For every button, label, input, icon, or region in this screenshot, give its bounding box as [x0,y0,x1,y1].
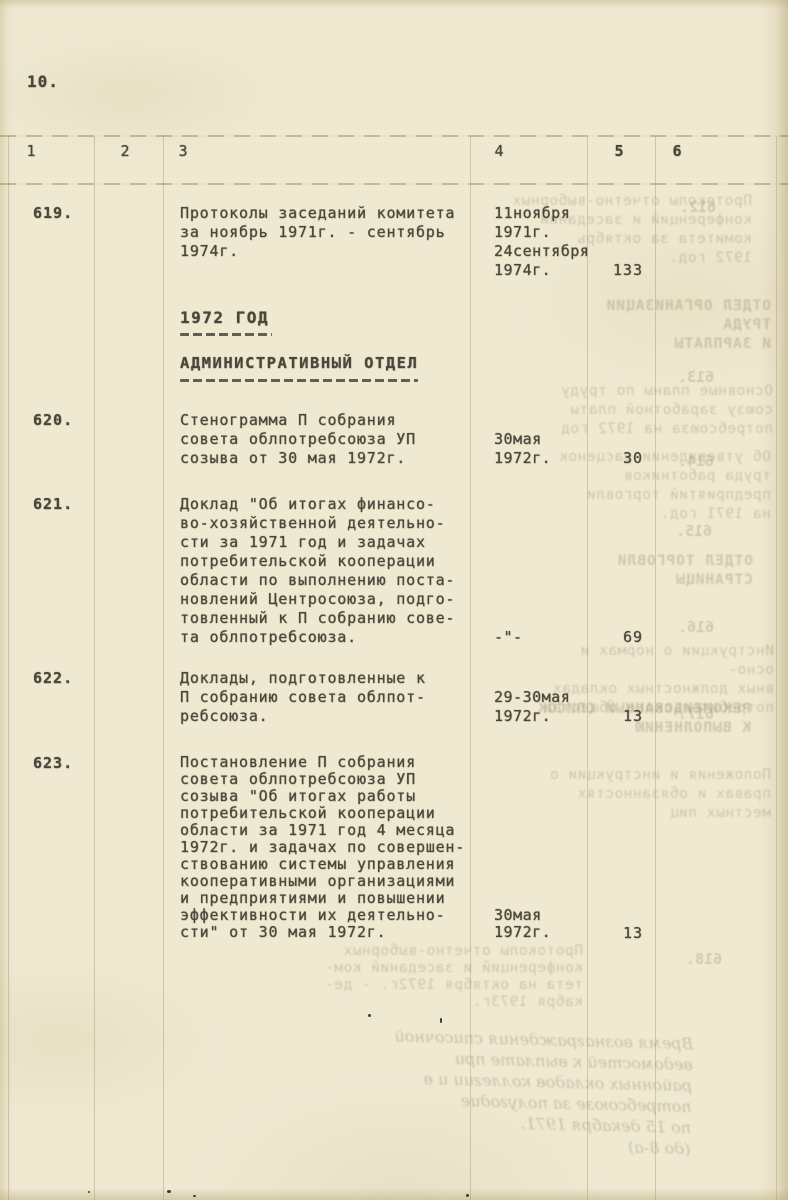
bleedthrough-handwriting: Время вознаграждения списочной ведомосте… [290,1023,693,1159]
bleedthrough-entry-number: 612. [680,198,716,216]
entry-number: 621. [33,495,73,513]
entry-number: 622. [33,669,73,687]
entry-description: Стенограмма П собрания совета облпотребс… [180,411,416,468]
entry-dates: -"- [494,628,523,647]
bleedthrough-ghost: Об утверждении расценок труда работников… [546,448,771,524]
ink-speck [193,1195,196,1197]
bleedthrough-entry-number: 618. [686,950,722,968]
bleedthrough-ghost: ОТДЕЛ ОРГАНИЗАЦИИ ТРУДА И ЗАРПЛАТЫ [556,297,771,354]
column-header-3: 3 [172,142,194,160]
table-rule-vertical [470,136,471,1200]
entry-dates: 30мая 1972г. [494,907,551,941]
entry-number: 619. [33,204,73,222]
entry-sheet-count: 13 [585,707,643,725]
entry-number: 620. [33,411,73,429]
bleedthrough-ghost: ОТДЕЛ ТОРГОВЛИ СТРАНИЦЫ [538,552,753,590]
entry-dates: 30мая 1972г. [494,430,551,468]
entry-dates: 29-30мая 1972г. [494,688,570,726]
section-heading-underline [180,379,418,382]
table-rule-vertical [8,136,9,1200]
year-heading: 1972 ГОД [180,308,269,327]
column-header-5: 5 [608,142,630,160]
bleedthrough-ghost: Положения и инструкции о правах и обязан… [536,766,771,823]
table-rule-vertical [163,136,164,1200]
entry-sheet-count: 13 [585,924,643,942]
table-rule-vertical [776,136,777,1200]
bleedthrough-entry-number: 616. [678,618,714,636]
bleedthrough-entry-number: 615. [676,522,712,540]
entry-sheet-count: 133 [585,261,643,279]
bleedthrough-entry-number: 614. [678,452,714,470]
table-rule-vertical [587,136,588,1200]
bleedthrough-entry-number: 617. [678,705,714,723]
table-rule-vertical [94,136,95,1200]
column-header-4: 4 [488,142,510,160]
section-heading: АДМИНИСТРАТИВНЫЙ ОТДЕЛ [180,354,418,372]
year-heading-underline [180,333,272,336]
bleedthrough-entry-number: 613. [678,368,714,386]
table-rule-vertical [655,136,656,1200]
scanned-archive-inventory-page: Протоколы отчетно-выборных конференций и… [0,0,788,1200]
table-rule-horizontal-bottom [0,183,788,185]
ink-speck [167,1190,171,1193]
entry-sheet-count: 30 [585,449,643,467]
column-header-2: 2 [114,142,136,160]
ink-speck [88,1191,90,1193]
entry-description: Протоколы заседаний комитета за ноябрь 1… [180,204,455,261]
page-number: 10. [27,72,59,91]
entry-dates: 11ноября 1971г. 24сентября 1974г. [494,204,589,280]
bleedthrough-ghost: Протоколы отчетно-выборных конференций и… [298,943,583,1011]
column-header-1: 1 [20,142,42,160]
entry-description: Постановление П собрания совета облпотре… [180,754,465,941]
entry-description: Доклад "Об итогах финансо- во-хозяйствен… [180,495,455,647]
ink-speck [440,1018,442,1023]
ink-speck [466,1194,469,1197]
ink-speck [368,1014,371,1017]
entry-description: Доклады, подготовленные к П собранию сов… [180,669,426,726]
table-rule-horizontal-top [0,135,788,137]
entry-number: 623. [33,754,73,772]
column-header-6: 6 [666,142,688,160]
entry-sheet-count: 69 [585,628,643,646]
